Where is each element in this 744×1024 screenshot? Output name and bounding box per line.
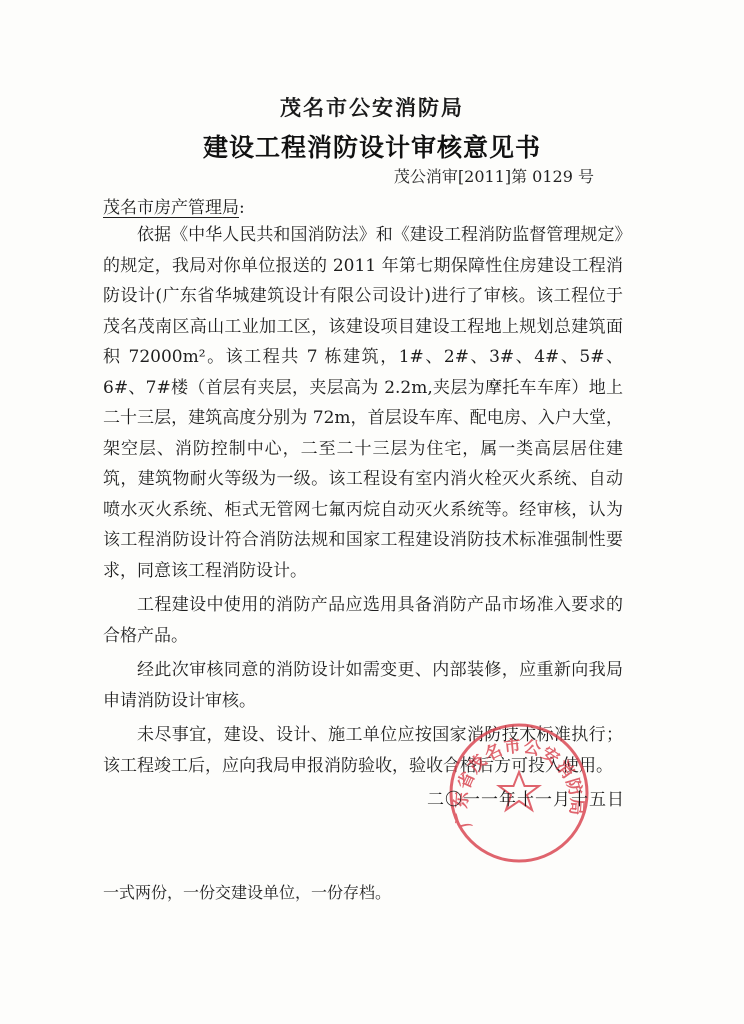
svg-text:广东省茂名市公安消防局: 广东省茂名市公安消防局	[451, 735, 587, 830]
paragraph-review-details: 依据《中华人民共和国消防法》和《建设工程消防监督管理规定》的规定，我局对你单位报…	[103, 220, 623, 586]
document-title: 建设工程消防设计审核意见书	[0, 128, 744, 164]
scanned-document-page: 茂名市公安消防局 建设工程消防设计审核意见书 茂公消审[2011]第 0129 …	[0, 0, 744, 1024]
document-body: 依据《中华人民共和国消防法》和《建设工程消防监督管理规定》的规定，我局对你单位报…	[103, 220, 623, 785]
paragraph-product-requirements: 工程建设中使用的消防产品应选用具备消防产品市场准入要求的合格产品。	[103, 590, 623, 651]
stamp-text: 广东省茂名市公安消防局	[451, 735, 587, 830]
issue-date: 二〇一一年十一月十五日	[427, 785, 625, 810]
issuing-organization-title: 茂名市公安消防局	[0, 92, 744, 122]
addressee-name: 茂名市房产管理局	[103, 198, 239, 218]
paragraph-change-review: 经此次审核同意的消防设计如需变更、内部装修，应重新向我局申请消防设计审核。	[103, 655, 623, 716]
addressee: 茂名市房产管理局:	[103, 193, 245, 218]
copies-note: 一式两份，一份交建设单位，一份存档。	[103, 880, 391, 903]
addressee-colon: :	[239, 198, 245, 218]
document-number: 茂公消审[2011]第 0129 号	[394, 164, 594, 187]
